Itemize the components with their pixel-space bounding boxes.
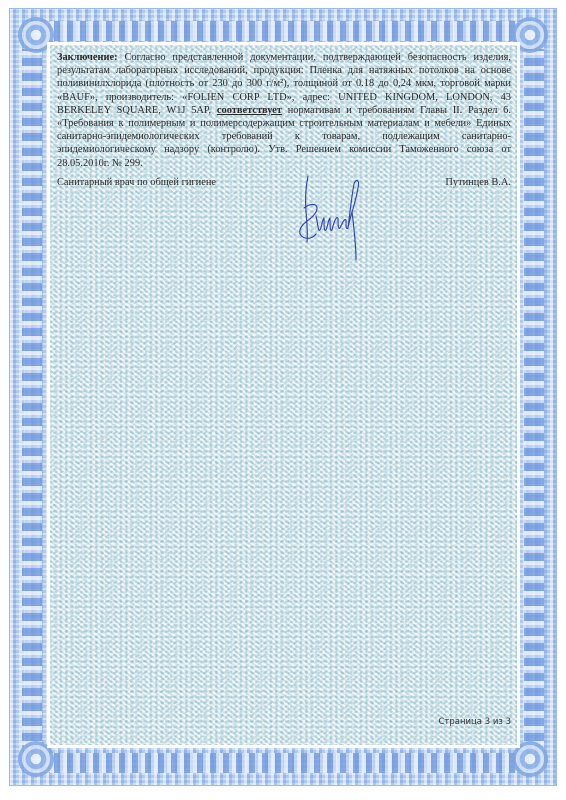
conclusion-verdict: соответствует xyxy=(217,105,282,116)
document-panel: Заключение: Согласно представленной доку… xyxy=(50,45,517,745)
border-ornament-right xyxy=(524,49,544,745)
border-ornament-bottom xyxy=(50,753,516,773)
handwritten-signature-icon xyxy=(290,172,370,262)
conclusion-paragraph: Заключение: Согласно представленной доку… xyxy=(57,51,511,170)
conclusion-label: Заключение: xyxy=(57,52,118,63)
border-ornament-top xyxy=(50,21,516,41)
signatory-position: Санитарный врач по общей гигиене xyxy=(57,176,216,190)
signatory-name: Путинцев В.А. xyxy=(445,176,511,190)
signature-row: Санитарный врач по общей гигиене Путинце… xyxy=(57,176,511,190)
page-number: Страница 3 из 3 xyxy=(438,717,511,727)
border-ornament-left xyxy=(22,49,42,745)
